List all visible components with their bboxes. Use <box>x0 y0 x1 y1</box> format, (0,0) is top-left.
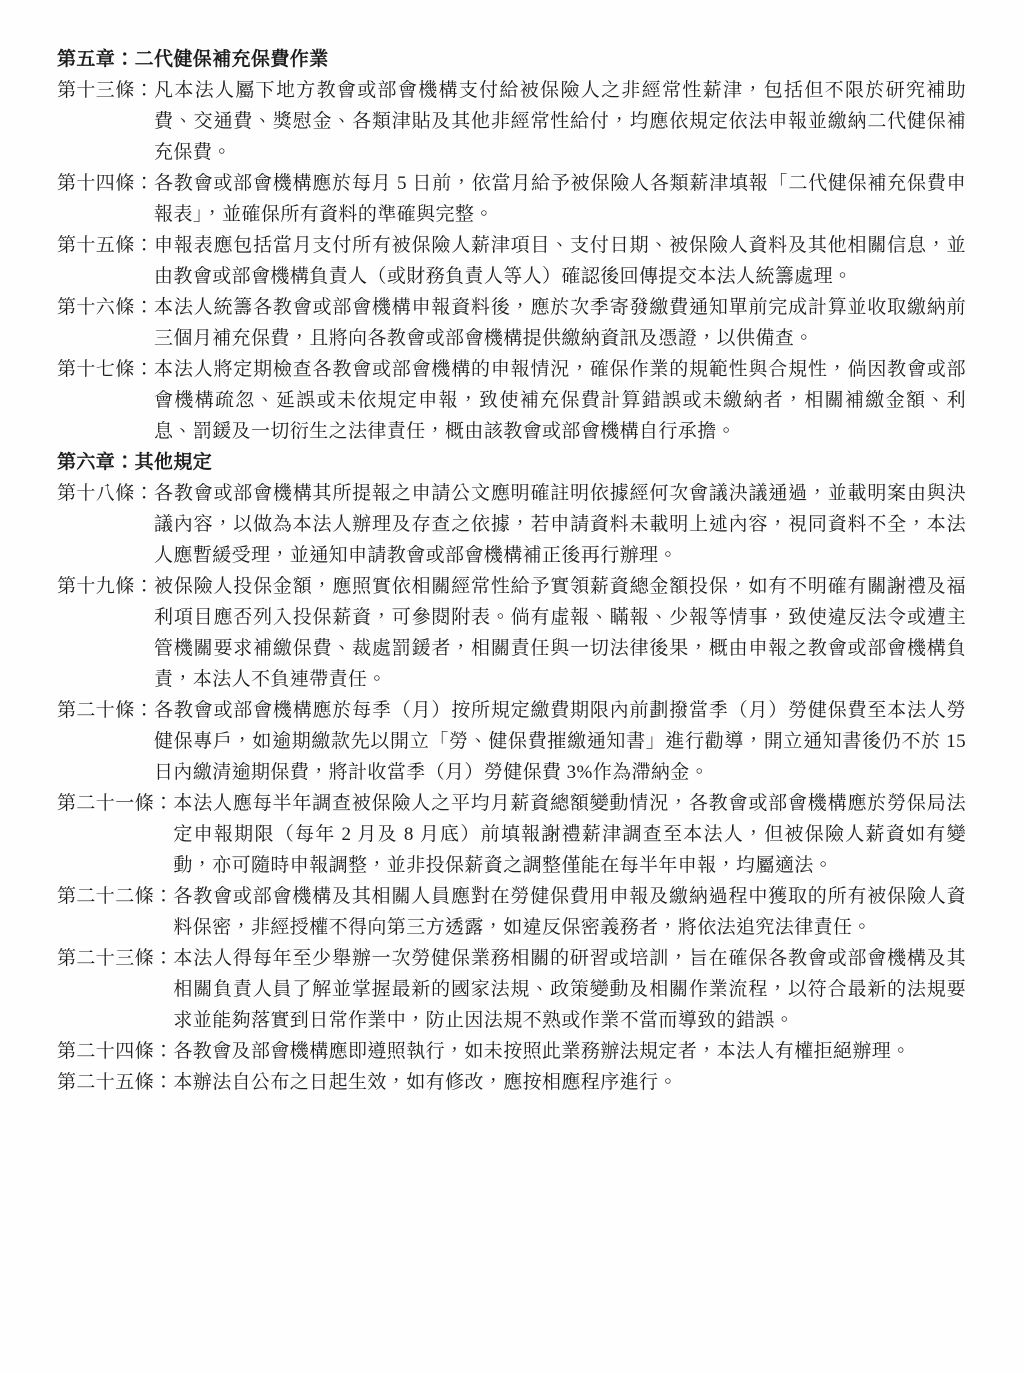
article-19-number: 第十九條： <box>57 571 154 602</box>
article-15-number: 第十五條： <box>57 230 154 261</box>
article-23-number: 第二十三條： <box>57 943 173 974</box>
article-25-text: 本辦法自公布之日起生效，如有修改，應按相應程序進行。 <box>173 1067 966 1098</box>
article-21-text: 本法人應每半年調查被保險人之平均月薪資總額變動情況，各教會或部會機構應於勞保局法… <box>173 788 966 881</box>
article-18-text: 各教會或部會機構其所提報之申請公文應明確註明依據經何次會議決議通過，並載明案由與… <box>154 478 966 571</box>
article-19: 第十九條： 被保險人投保金額，應照實依相關經常性給予實領薪資總金額投保，如有不明… <box>57 571 966 695</box>
article-16-text: 本法人統籌各教會或部會機構申報資料後，應於次季寄發繳費通知單前完成計算並收取繳納… <box>154 292 966 354</box>
article-23: 第二十三條： 本法人得每年至少舉辦一次勞健保業務相關的研習或培訓，旨在確保各教會… <box>57 943 966 1036</box>
article-22-number: 第二十二條： <box>57 881 173 912</box>
article-22: 第二十二條： 各教會或部會機構及其相關人員應對在勞健保費用申報及繳納過程中獲取的… <box>57 881 966 943</box>
article-25: 第二十五條： 本辦法自公布之日起生效，如有修改，應按相應程序進行。 <box>57 1067 966 1098</box>
article-17: 第十七條： 本法人將定期檢查各教會或部會機構的申報情況，確保作業的規範性與合規性… <box>57 354 966 447</box>
article-21-number: 第二十一條： <box>57 788 173 819</box>
article-14-number: 第十四條： <box>57 168 154 199</box>
document-page: 第五章：二代健保補充保費作業 第十三條： 凡本法人屬下地方教會或部會機構支付給被… <box>0 0 1024 1373</box>
article-22-text: 各教會或部會機構及其相關人員應對在勞健保費用申報及繳納過程中獲取的所有被保險人資… <box>173 881 966 943</box>
article-14: 第十四條： 各教會或部會機構應於每月 5 日前，依當月給予被保險人各類薪津填報「… <box>57 168 966 230</box>
article-23-text: 本法人得每年至少舉辦一次勞健保業務相關的研習或培訓，旨在確保各教會或部會機構及其… <box>173 943 966 1036</box>
article-18-number: 第十八條： <box>57 478 154 509</box>
article-18: 第十八條： 各教會或部會機構其所提報之申請公文應明確註明依據經何次會議決議通過，… <box>57 478 966 571</box>
article-15-text: 申報表應包括當月支付所有被保險人薪津項目、支付日期、被保險人資料及其他相關信息，… <box>154 230 966 292</box>
article-17-number: 第十七條： <box>57 354 154 385</box>
article-17-text: 本法人將定期檢查各教會或部會機構的申報情況，確保作業的規範性與合規性，倘因教會或… <box>154 354 966 447</box>
article-13-text: 凡本法人屬下地方教會或部會機構支付給被保險人之非經常性薪津，包括但不限於研究補助… <box>154 75 966 168</box>
article-24-text: 各教會及部會機構應即遵照執行，如未按照此業務辦法規定者，本法人有權拒絕辦理。 <box>173 1036 966 1067</box>
article-24: 第二十四條： 各教會及部會機構應即遵照執行，如未按照此業務辦法規定者，本法人有權… <box>57 1036 966 1067</box>
chapter-5-heading: 第五章：二代健保補充保費作業 <box>57 44 966 75</box>
article-13: 第十三條： 凡本法人屬下地方教會或部會機構支付給被保險人之非經常性薪津，包括但不… <box>57 75 966 168</box>
article-20-number: 第二十條： <box>57 695 154 726</box>
article-15: 第十五條： 申報表應包括當月支付所有被保險人薪津項目、支付日期、被保險人資料及其… <box>57 230 966 292</box>
article-20-text: 各教會或部會機構應於每季（月）按所規定繳費期限內前劃撥當季（月）勞健保費至本法人… <box>154 695 966 788</box>
article-20: 第二十條： 各教會或部會機構應於每季（月）按所規定繳費期限內前劃撥當季（月）勞健… <box>57 695 966 788</box>
article-21: 第二十一條： 本法人應每半年調查被保險人之平均月薪資總額變動情況，各教會或部會機… <box>57 788 966 881</box>
article-16-number: 第十六條： <box>57 292 154 323</box>
chapter-6-heading: 第六章：其他規定 <box>57 447 966 478</box>
article-24-number: 第二十四條： <box>57 1036 173 1067</box>
article-19-text: 被保險人投保金額，應照實依相關經常性給予實領薪資總金額投保，如有不明確有關謝禮及… <box>154 571 966 695</box>
article-16: 第十六條： 本法人統籌各教會或部會機構申報資料後，應於次季寄發繳費通知單前完成計… <box>57 292 966 354</box>
article-13-number: 第十三條： <box>57 75 154 106</box>
article-14-text: 各教會或部會機構應於每月 5 日前，依當月給予被保險人各類薪津填報「二代健保補充… <box>154 168 966 230</box>
article-25-number: 第二十五條： <box>57 1067 173 1098</box>
